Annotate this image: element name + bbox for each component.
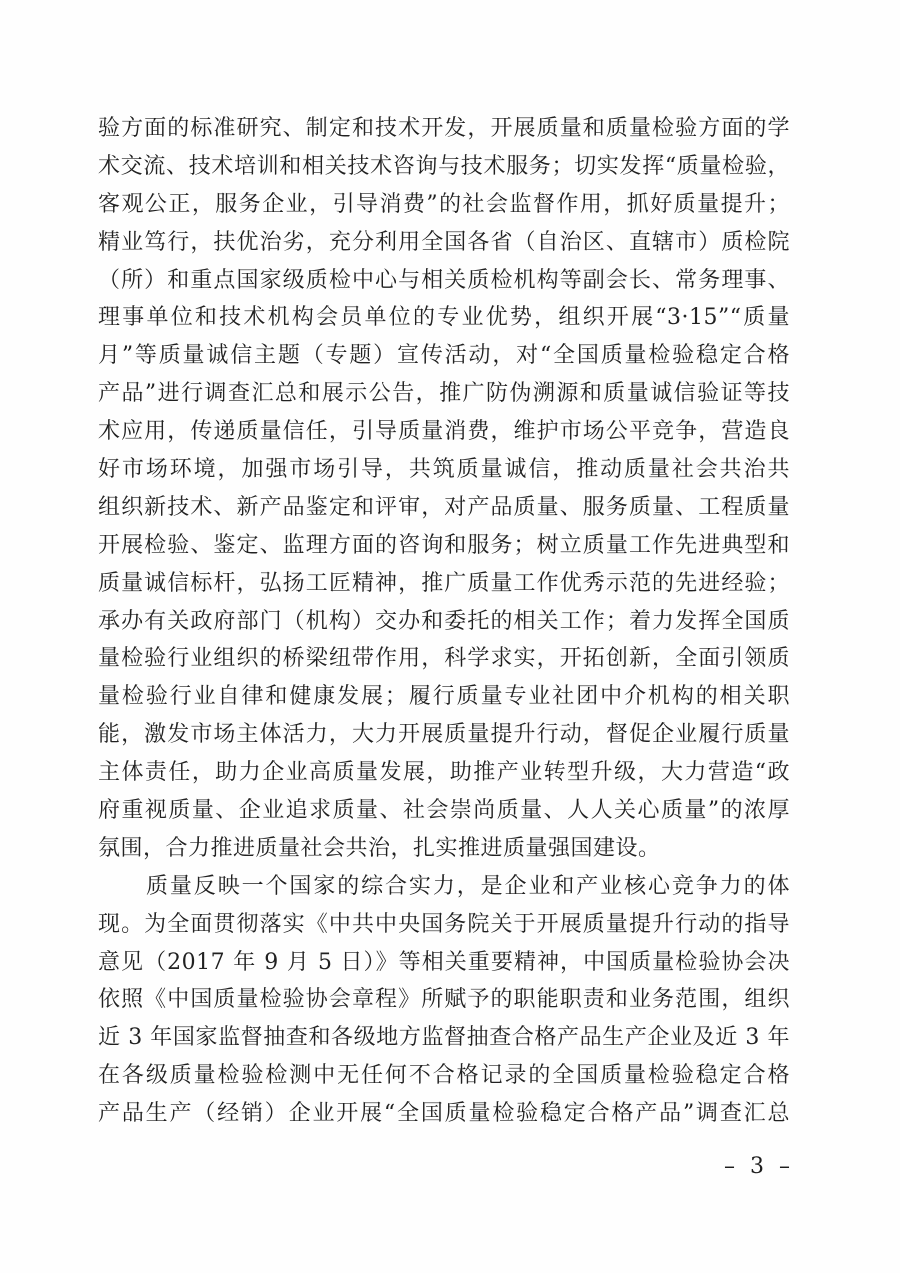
text-line: 术交流、技术培训和相关技术咨询与技术服务；切实发挥“质量检验， [98, 148, 790, 186]
text-line: 能，激发市场主体活力，大力开展质量提升行动，督促企业履行质量 [98, 716, 790, 754]
text-line: 客观公正，服务企业，引导消费”的社会监督作用，抓好质量提升； [98, 186, 790, 224]
text-line: 量检验行业自律和健康发展；履行质量专业社团中介机构的相关职 [98, 678, 790, 716]
text-line: （所）和重点国家级质检中心与相关质检机构等副会长、常务理事、 [98, 262, 790, 300]
text-line: 现。为全面贯彻落实《中共中央国务院关于开展质量提升行动的指导 [98, 906, 790, 944]
text-line: 质量反映一个国家的综合实力，是企业和产业核心竞争力的体 [98, 868, 790, 906]
text-line: 氛围，合力推进质量社会共治，扎实推进质量强国建设。 [98, 830, 790, 868]
text-line: 近 3 年国家监督抽查和各级地方监督抽查合格产品生产企业及近 3 年 [98, 1019, 790, 1057]
text-line: 验方面的标准研究、制定和技术开发，开展质量和质量检验方面的学 [98, 110, 790, 148]
text-line: 开展检验、鉴定、监理方面的咨询和服务；树立质量工作先进典型和 [98, 527, 790, 565]
text-line: 承办有关政府部门（机构）交办和委托的相关工作；着力发挥全国质 [98, 603, 790, 641]
text-line: 月”等质量诚信主题（专题）宣传活动，对“全国质量检验稳定合格 [98, 337, 790, 375]
text-line: 组织新技术、新产品鉴定和评审，对产品质量、服务质量、工程质量 [98, 489, 790, 527]
text-line: 量检验行业组织的桥梁纽带作用，科学求实，开拓创新，全面引领质 [98, 640, 790, 678]
text-line: 术应用，传递质量信任，引导质量消费，维护市场公平竞争，营造良 [98, 413, 790, 451]
text-line: 府重视质量、企业追求质量、社会崇尚质量、人人关心质量”的浓厚 [98, 792, 790, 830]
text-line: 好市场环境，加强市场引导，共筑质量诚信，推动质量社会共治共享； [98, 451, 790, 489]
text-line: 理事单位和技术机构会员单位的专业优势，组织开展“3·15”“质量 [98, 299, 790, 337]
document-page: 验方面的标准研究、制定和技术开发，开展质量和质量检验方面的学术交流、技术培训和相… [0, 0, 900, 1273]
text-line: 意见（2017 年 9 月 5 日）》等相关重要精神，中国质量检验协会决定 [98, 944, 790, 982]
text-line: 产品生产（经销）企业开展“全国质量检验稳定合格产品”调查汇总 [98, 1095, 790, 1133]
text-line: 质量诚信标杆，弘扬工匠精神，推广质量工作优秀示范的先进经验； [98, 565, 790, 603]
document-body: 验方面的标准研究、制定和技术开发，开展质量和质量检验方面的学术交流、技术培训和相… [98, 110, 790, 1133]
page-number: – 3 – [724, 1152, 794, 1182]
text-line: 依照《中国质量检验协会章程》所赋予的职能职责和业务范围，组织 [98, 981, 790, 1019]
text-line: 精业笃行，扶优治劣，充分利用全国各省（自治区、直辖市）质检院 [98, 224, 790, 262]
text-line: 主体责任，助力企业高质量发展，助推产业转型升级，大力营造“政 [98, 754, 790, 792]
text-line: 产品”进行调查汇总和展示公告，推广防伪溯源和质量诚信验证等技 [98, 375, 790, 413]
text-line: 在各级质量检验检测中无任何不合格记录的全国质量检验稳定合格 [98, 1057, 790, 1095]
